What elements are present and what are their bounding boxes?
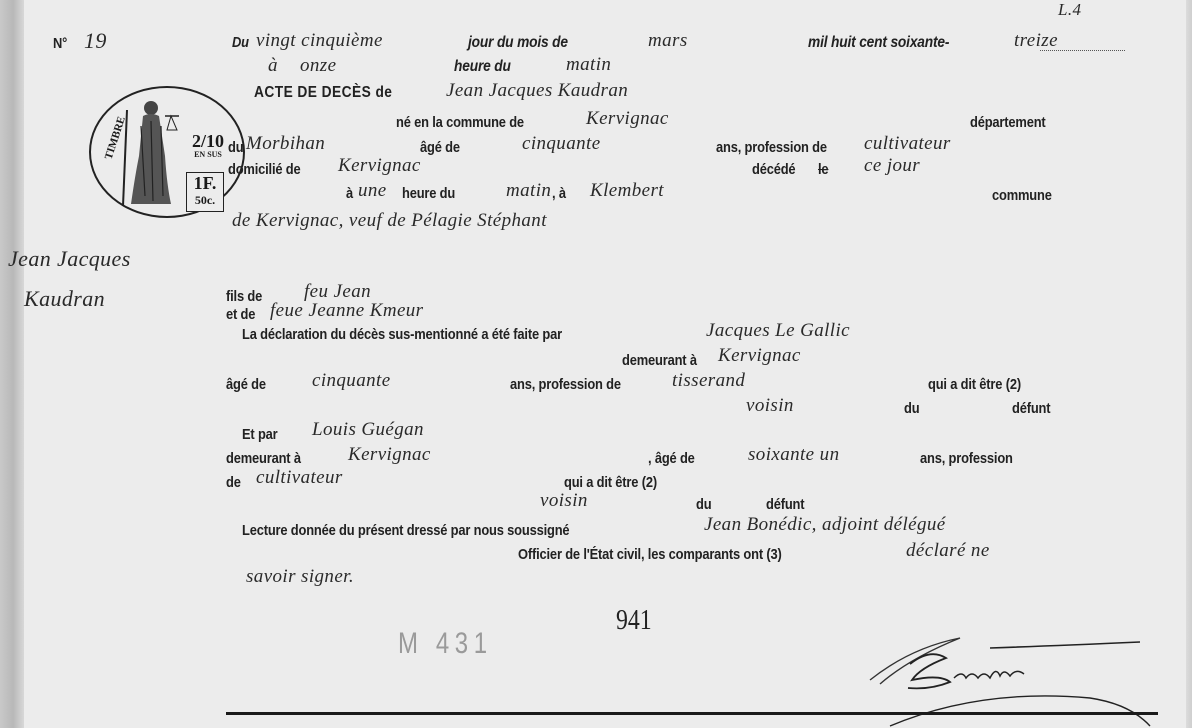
hour-label: heure du [454, 58, 511, 76]
declarant2-age-label: , âgé de [648, 450, 695, 467]
declarant2-age: soixante un [748, 444, 839, 466]
record-number: 19 [84, 28, 107, 54]
fiscal-stamp: TIMBRE 2/10 EN SUS 1F. 50c. [89, 86, 245, 218]
hour-value: onze [300, 55, 336, 77]
corner-annotation: L.4 [1058, 0, 1081, 20]
declarant1-prof-label: ans, profession de [510, 376, 621, 393]
profession-label: ans, profession de [716, 139, 827, 156]
mother-value: feue Jeanne Kmeur [270, 300, 423, 322]
deceased-label: décédé [752, 161, 795, 178]
stamp-fraction: 2/10 EN SUS [186, 132, 230, 168]
deceased-name: Jean Jacques Kaudran [446, 80, 628, 102]
margin-name-first: Jean Jacques [8, 246, 131, 272]
deceased-struck: le [818, 161, 828, 178]
profession-value: cultivateur [864, 133, 951, 155]
declarant2-prof-prefix: de [226, 474, 241, 491]
bottom-rule [226, 712, 1158, 715]
death-place-prefix: , à [552, 185, 566, 202]
declarant2-du: du [696, 496, 711, 513]
declarant2-defunt: défunt [766, 496, 804, 513]
comparants-declared: déclaré ne [906, 540, 990, 562]
age-label: âgé de [420, 139, 460, 156]
archive-stamp: M 431 [398, 627, 493, 661]
declarant1-age: cinquante [312, 370, 391, 392]
year-prefix: mil huit cent soixante- [808, 34, 949, 52]
justice-figure-icon [121, 96, 183, 208]
hour-a: à [268, 55, 278, 77]
departement-prefix: du [228, 139, 243, 156]
declarant2-prof-label: ans, profession [920, 450, 1013, 467]
declarant2-qui: qui a dit être (2) [564, 474, 657, 491]
declaration-label: La déclaration du décès sus-mentionné a … [242, 326, 562, 343]
death-place: Klembert [590, 180, 664, 202]
father-label: fils de [226, 288, 262, 305]
comparants-declared-2: savoir signer. [246, 566, 354, 588]
declarant1-du: du [904, 400, 919, 417]
age-value: cinquante [522, 133, 601, 155]
margin-name-last: Kaudran [24, 286, 105, 312]
page-number: 941 [616, 605, 652, 637]
date-day: vingt cinquième [256, 30, 383, 52]
page-edge [1186, 0, 1192, 728]
declarant2-profession: cultivateur [256, 467, 343, 489]
year-dotted-line [1040, 50, 1125, 52]
declarant2-name: Louis Guégan [312, 419, 424, 441]
mother-label: et de [226, 306, 255, 323]
et-par-label: Et par [242, 426, 278, 443]
domicile-value: Kervignac [338, 155, 421, 177]
commune-label: commune [992, 187, 1052, 204]
declarant1-profession: tisserand [672, 370, 745, 392]
commune-line: de Kervignac, veuf de Pélagie Stéphant [232, 210, 547, 232]
declarant1-name: Jacques Le Gallic [706, 320, 850, 342]
declarant2-relation: voisin [540, 490, 588, 512]
deceased-when: ce jour [864, 155, 920, 177]
record-number-label: N° [53, 35, 67, 52]
declarant2-demeurant-label: demeurant à [226, 450, 301, 467]
declarant2-residence: Kervignac [348, 444, 431, 466]
departement-label: département [970, 114, 1046, 131]
officer-name: Jean Bonédic, adjoint délégué [704, 514, 946, 536]
declarant1-qui: qui a dit être (2) [928, 376, 1021, 393]
born-label: né en la commune de [396, 114, 524, 131]
domicile-label: domicilié de [228, 161, 300, 178]
act-title: ACTE DE DECÈS de [254, 84, 392, 102]
death-hour-prefix: à [346, 185, 353, 202]
declarant1-defunt: défunt [1012, 400, 1050, 417]
year-suffix: treize [1014, 30, 1058, 52]
date-month-label: jour du mois de [468, 34, 568, 52]
declarant1-demeurant-label: demeurant à [622, 352, 697, 369]
death-period: matin [506, 180, 551, 202]
hour-period: matin [566, 54, 611, 76]
date-month: mars [648, 30, 688, 52]
stamp-price: 1F. 50c. [186, 172, 224, 212]
declarant1-relation: voisin [746, 395, 794, 417]
officier-label: Officier de l'État civil, les comparants… [518, 546, 782, 563]
declarant1-residence: Kervignac [718, 345, 801, 367]
death-hour: une [358, 180, 387, 202]
lecture-label: Lecture donnée du présent dressé par nou… [242, 522, 569, 539]
birth-commune: Kervignac [586, 108, 669, 130]
declarant1-age-label: âgé de [226, 376, 266, 393]
date-prefix: Du [232, 34, 249, 51]
death-hour-label: heure du [402, 185, 455, 202]
departement-value: Morbihan [246, 133, 325, 155]
binding-gutter [0, 0, 24, 728]
